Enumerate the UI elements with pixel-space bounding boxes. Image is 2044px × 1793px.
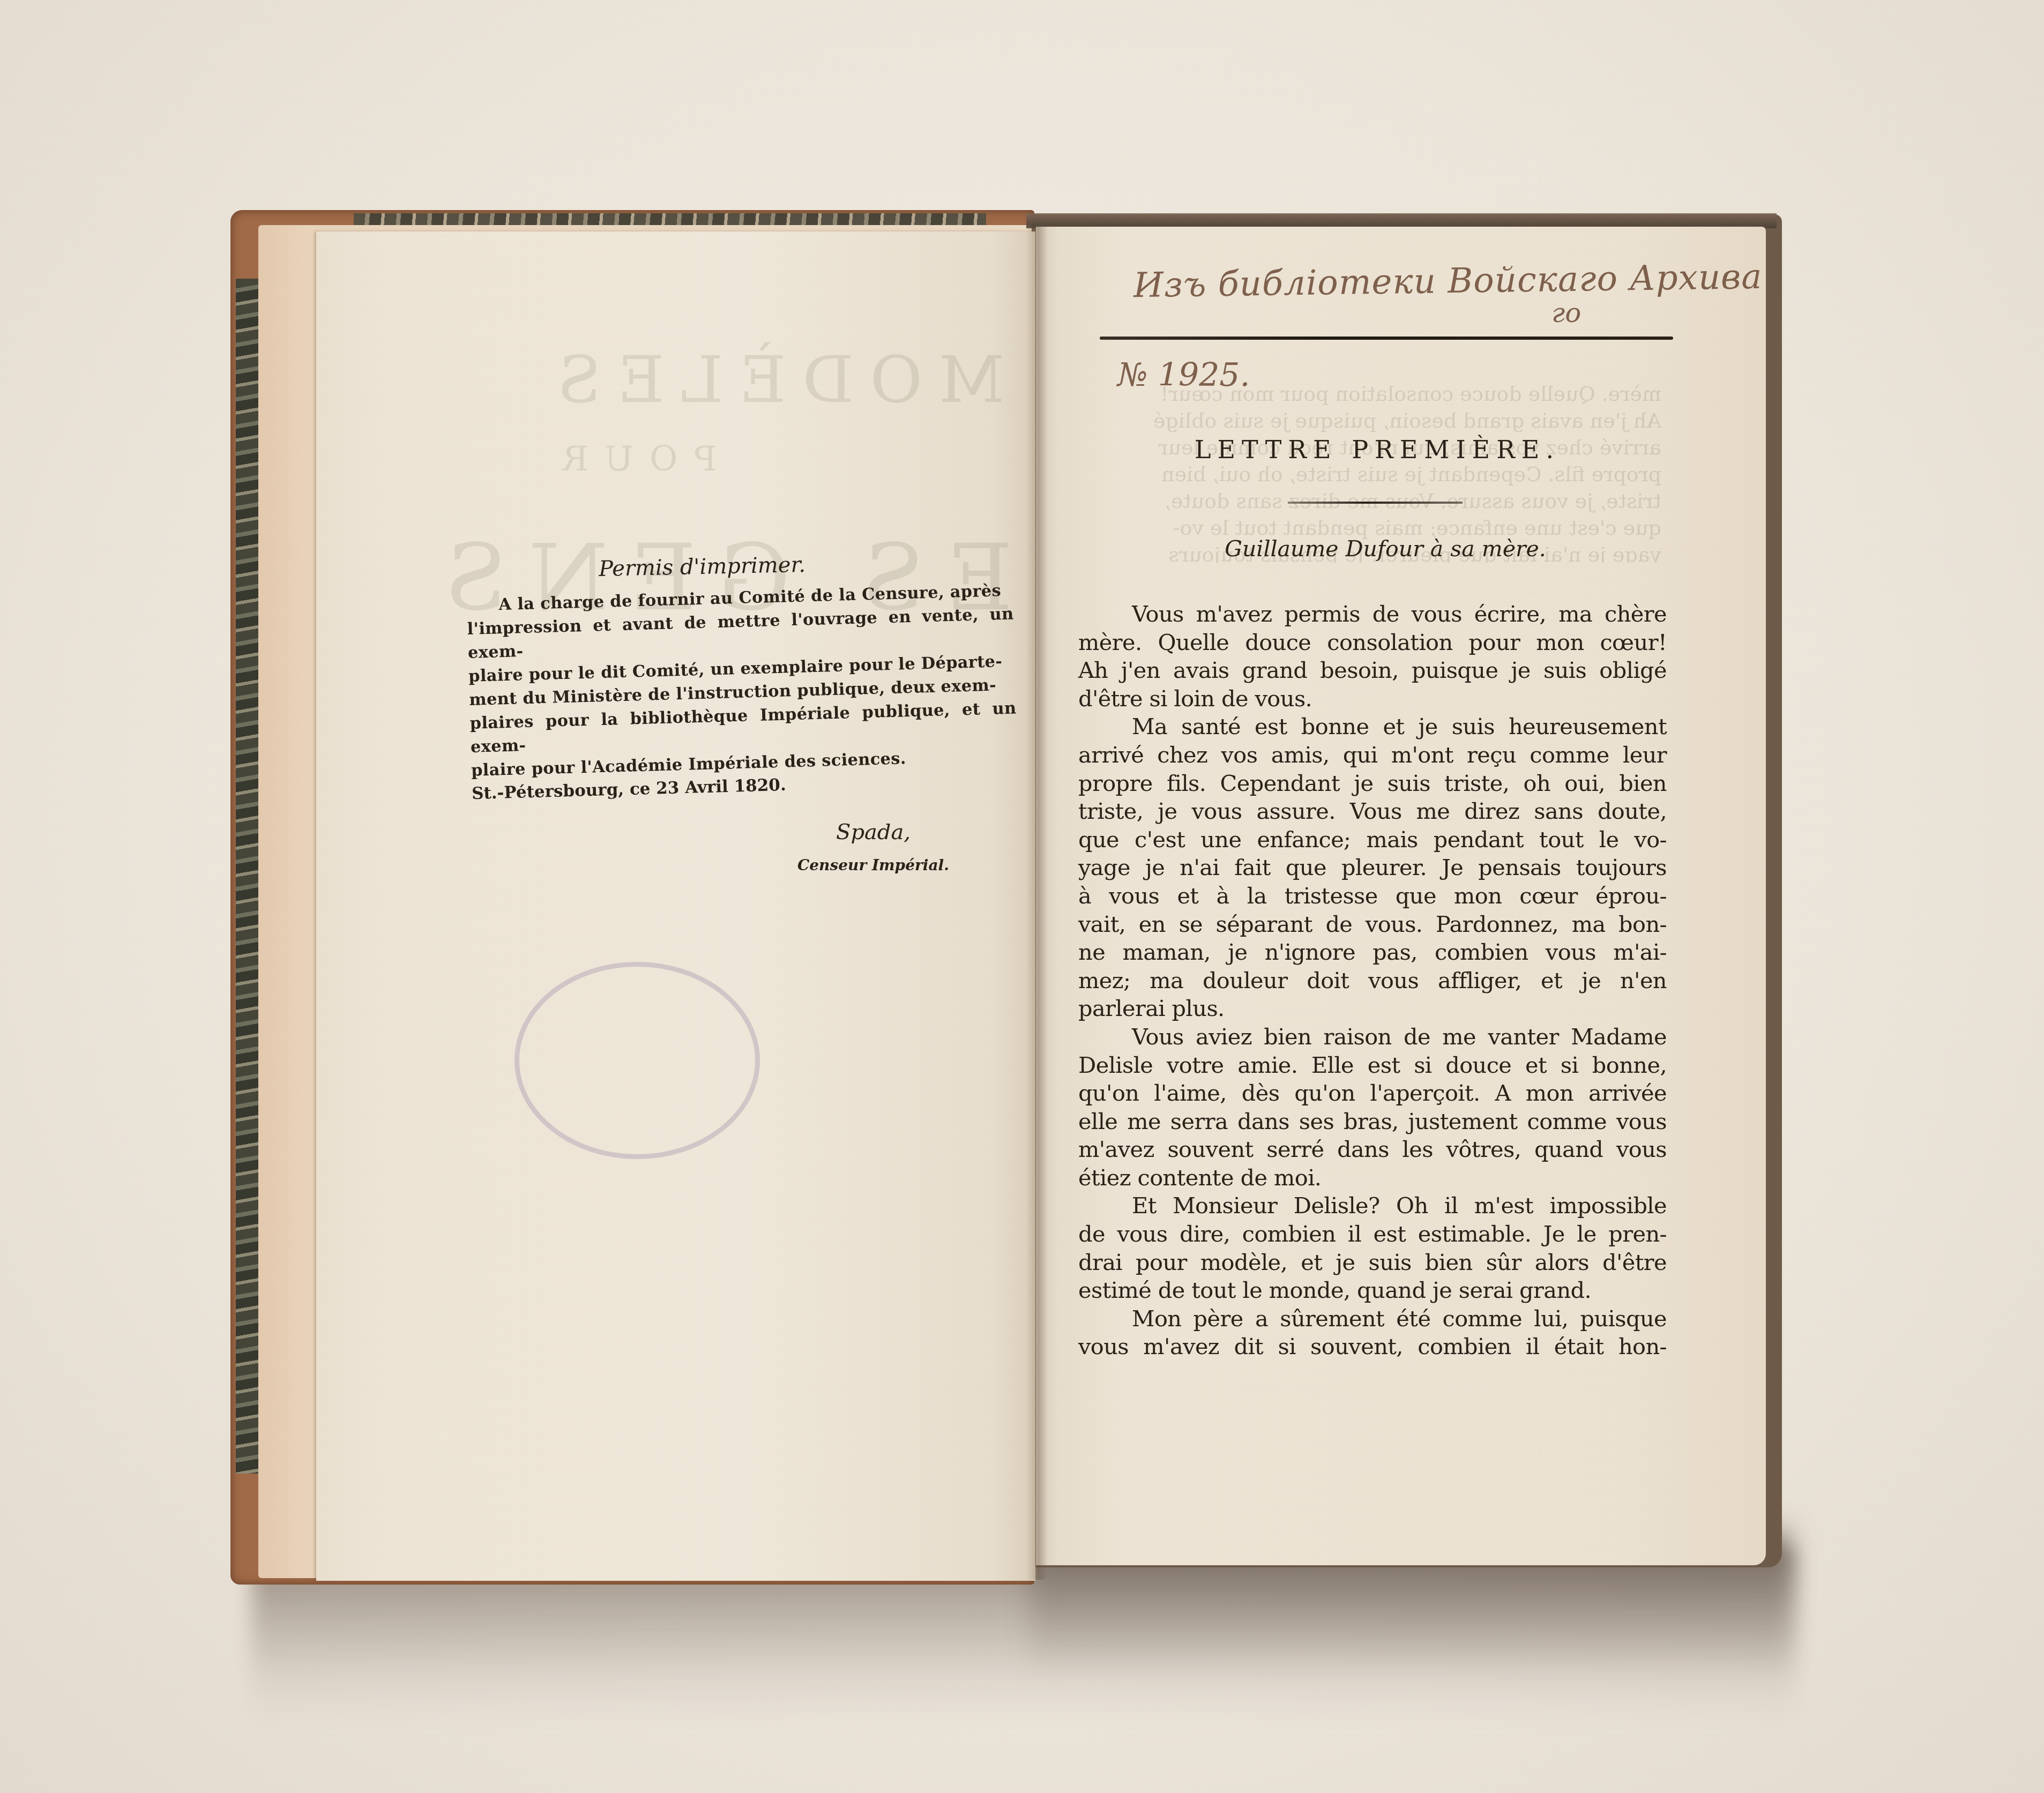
letter-line: yage je n'ai fait que pleurer. Je pensai… [1078,854,1667,882]
letter-line: vous m'avez dit si souvent, combien il é… [1078,1333,1667,1361]
letter-line: que c'est une enfance; mais pendant tout… [1078,826,1667,854]
letter-line: étiez contente de moi. [1078,1164,1667,1192]
title-rule [1288,502,1463,504]
letter-line: à vous et à la tristesse que mon cœur ép… [1078,882,1667,910]
handwritten-inventory-number: № 1925. [1117,356,1250,394]
library-stamp-bleed-through [514,962,760,1159]
book-head-edge [1026,213,1777,228]
letter-line: Ah j'en avais grand besoin, puisque je s… [1078,656,1667,685]
letter-line: arrivé chez vos amis, qui m'ont reçu com… [1078,741,1667,770]
letter-line: vait, en se séparant de vous. Pardonnez,… [1078,910,1667,939]
letter-title: LETTRE PREMIÈRE. [1163,435,1592,464]
permit-paragraph: A la charge de fournir au Comité de la C… [466,579,1018,782]
letter-line: parlerai plus. [1078,995,1667,1023]
book-gutter [1026,227,1048,1580]
header-rule [1100,337,1673,340]
left-page [316,231,1035,1581]
handwritten-note-continuation: го [1551,297,1581,328]
letter-body: Vous m'avez permis de vous écrire, ma ch… [1078,600,1667,1361]
letter-line: Vous m'avez permis de vous écrire, ma ch… [1078,600,1667,629]
letter-line: drai pour modèle, et je suis bien sûr al… [1078,1249,1667,1277]
letter-line: ne maman, je n'ignore pas, combien vous … [1078,938,1667,967]
letter-line: qu'on l'aime, dès qu'on l'aperçoit. A mo… [1078,1079,1667,1108]
letter-subtitle: Guillaume Dufour à sa mère. [1131,536,1640,562]
letter-line: de vous dire, combien il est estimable. … [1078,1220,1667,1249]
letter-line: mère. Quelle douce consolation pour mon … [1078,629,1667,657]
letter-line: Ma santé est bonne et je suis heureuseme… [1078,713,1667,741]
letter-line: mez; ma douleur doit vous affliger, et j… [1078,967,1667,995]
letter-line: Delisle votre amie. Elle est si douce et… [1078,1051,1667,1080]
letter-line: elle me serra dans ses bras, justement c… [1078,1108,1667,1136]
censor-signature: Spada, [836,820,911,845]
bleed-through-subtitle: POUR [547,439,717,479]
letter-line: estimé de tout le monde, quand je serai … [1078,1276,1667,1305]
marbled-board-edge [236,279,259,1474]
censor-title: Censeur Impérial. [797,856,949,874]
bleed-through-title: MODÈLES [541,343,1005,417]
letter-line: d'être si loin de vous. [1078,685,1667,713]
letter-line: Mon père a sûrement été comme lui, puisq… [1078,1305,1667,1333]
bleed-through-text: mère. Quelle douce consolation pour mon … [1083,380,1661,563]
letter-line: triste, je vous assure. Vous me direz sa… [1078,797,1667,826]
letter-line: Vous aviez bien raison de me vanter Mada… [1078,1023,1667,1051]
letter-line: Et Monsieur Delisle? Oh il m'est impossi… [1078,1192,1667,1220]
letter-line: m'avez souvent serré dans les vôtres, qu… [1078,1135,1667,1164]
letter-line: propre fils. Cependant je suis triste, o… [1078,770,1667,798]
